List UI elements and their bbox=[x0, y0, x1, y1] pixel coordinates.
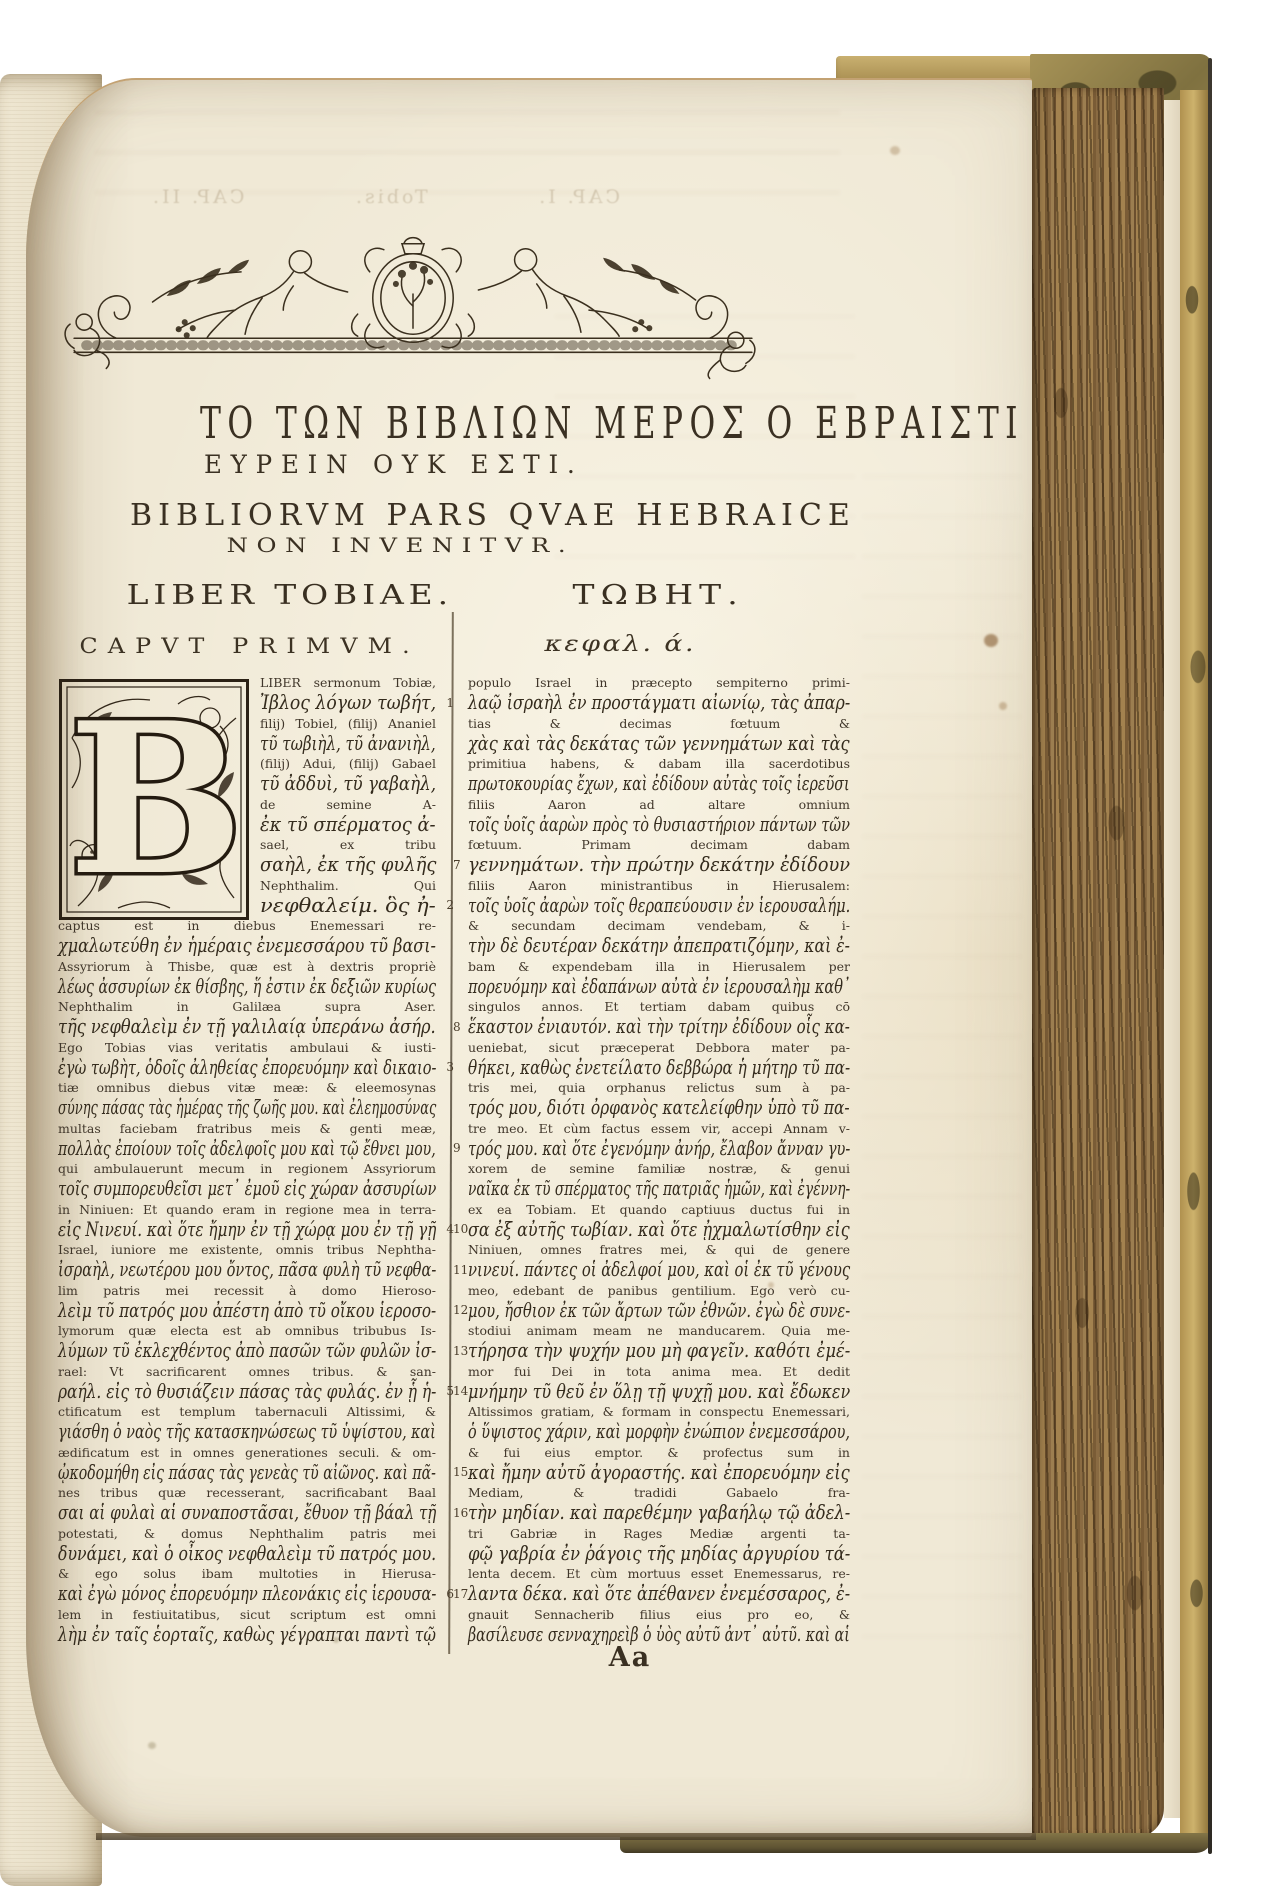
greek-text-line: ὁ ὕψιστος χάριν, καὶ μορφὴν ἐνώπιον ἐνεμ… bbox=[468, 1418, 850, 1446]
latin-gloss-line: tias & decimas fœtuum & bbox=[468, 717, 850, 730]
interlinear-line: filiis Aaron ministrantibus in Hierusale… bbox=[468, 879, 850, 920]
latin-gloss-line: gnauit Sennacherib filius eius pro eo, & bbox=[468, 1608, 850, 1621]
verse-number: 16 bbox=[453, 1506, 468, 1520]
interlinear-line: tris mei, quia orphanus relictus sum à p… bbox=[468, 1081, 850, 1122]
greek-text-line: λέως ἀσσυρίων ἐκ θίσβης, ἥ ἐστιν ἐκ δεξι… bbox=[58, 973, 436, 1001]
greek-text-line: φῷ γαβρία ἐν ῥάγοις τῆς μηδίας ἀργυρίου … bbox=[468, 1540, 850, 1568]
interlinear-line: 4in Niniuen: Et quando eram in regione m… bbox=[58, 1203, 436, 1244]
interlinear-line: filij) Tobiel, (filij) Ananielτῦ τωβιὴλ,… bbox=[260, 717, 436, 758]
drop-cap-initial-B: B bbox=[58, 678, 250, 921]
latin-gloss-line: (filij) Adui, (filij) Gabael bbox=[260, 757, 436, 770]
latin-gloss-line: multas faciebam fratribus meis & genti m… bbox=[58, 1122, 436, 1135]
greek-text-line: τρός μου. καὶ ὅτε ἐγενόμην ἀνήρ, ἔλαβον … bbox=[468, 1135, 850, 1163]
latin-gloss-line: Altissimos gratiam, & formam in conspect… bbox=[468, 1405, 850, 1418]
latin-gloss-line: de semine A- bbox=[260, 798, 436, 811]
latin-gloss-line: Mediam, & tradidi Gabaelo fra- bbox=[468, 1486, 850, 1499]
interlinear-line: 10ex ea Tobiam. Et quando captiuus ductu… bbox=[468, 1203, 850, 1244]
interlinear-line: 2Nephthalim. Quiνεφθαλείμ. ὃς ἠ- bbox=[260, 879, 436, 920]
interlinear-line: 16Mediam, & tradidi Gabaelo fra-τὴν μηδί… bbox=[468, 1486, 850, 1527]
verse-number: 3 bbox=[446, 1060, 454, 1074]
latin-gloss-line: singulos annos. Et tertiam dabam quibus … bbox=[468, 1000, 850, 1013]
interlinear-line: lim patris mei recessit à domo Hieroso-λ… bbox=[58, 1284, 436, 1325]
gilt-fore-edge bbox=[1032, 88, 1164, 1838]
latin-gloss-line: potestati, & domus Nephthalim patris mei bbox=[58, 1527, 436, 1540]
greek-text-line: ραήλ. εἰς τὸ θυσιάζειν πάσας τὰς φυλάς. … bbox=[58, 1378, 436, 1406]
greek-section-title-line2: ΕΥΡΕΙΝ ΟΥΚ ΕΣΤΙ. bbox=[200, 450, 580, 479]
greek-text-line: δυνάμει, καὶ ὁ οἶκος νεφθαλεὶμ τῦ πατρός… bbox=[58, 1540, 436, 1568]
verse-number: 11 bbox=[453, 1263, 468, 1277]
latin-gloss-line: sael, ex tribu bbox=[260, 838, 436, 851]
interlinear-line: Israel, iuniore me existente, omnis trib… bbox=[58, 1243, 436, 1284]
greek-text-line: ἐκ τῦ σπέρματος ἀ- bbox=[260, 811, 436, 839]
verse-number: 12 bbox=[453, 1303, 468, 1317]
greek-text-line: εἰς Νινευί. καὶ ὅτε ἤμην ἐν τῇ χώρᾳ μου … bbox=[58, 1216, 436, 1244]
greek-text-line: τρός μου, διότι ὀρφανὸς κατελείφθην ὑπὸ … bbox=[468, 1094, 850, 1122]
latin-gloss-line: lenta decem. Et cùm mortuus esset Enemes… bbox=[468, 1567, 850, 1580]
greek-text-line: τοῖς ὑοῖς ἀαρὼν τοῖς θεραπεύουσιν ἐν ἱερ… bbox=[468, 892, 850, 920]
greek-text-line: γεννημάτων. τὴν πρώτην δεκάτην ἐδίδουν bbox=[468, 851, 850, 879]
interlinear-line: 12meo, edebant de panibus gentilium. Ego… bbox=[468, 1284, 850, 1325]
interlinear-line: lymorum quæ electa est ab omnibus tribub… bbox=[58, 1324, 436, 1365]
latin-gloss-line: tri Gabriæ in Rages Mediæ argenti ta- bbox=[468, 1527, 850, 1540]
interlinear-line: 7fœtuum. Primam decimam dabamγεννημάτων.… bbox=[468, 838, 850, 879]
page-bottom-shadow bbox=[96, 1833, 1036, 1840]
latin-gloss-line: tiæ omnibus diebus vitæ meæ: & eleemosyn… bbox=[58, 1081, 436, 1094]
latin-gloss-line: Ego Tobias vias veritatis ambulaui & ius… bbox=[58, 1041, 436, 1054]
greek-text-line: μνήμην τῦ θεῦ ἐν ὅλῃ τῇ ψυχῇ μου. καὶ ἔδ… bbox=[468, 1378, 850, 1406]
interlinear-line: Nephthalim in Galilæa supra Aser.τῆς νεφ… bbox=[58, 1000, 436, 1041]
latin-gloss-line: filiis Aaron ad altare omnium bbox=[468, 798, 850, 811]
right-chapter-heading: κεφαλ. ά. bbox=[470, 632, 770, 657]
interlinear-line: sael, ex tribuσαὴλ, ἐκ τῆς φυλῆς bbox=[260, 838, 436, 879]
verse-number: 15 bbox=[453, 1465, 468, 1479]
greek-text-line: τήρησα τὴν ψυχήν μου μὴ φαγεῖν. καθότι ἐ… bbox=[468, 1337, 850, 1365]
greek-text-line: γιάσθη ὁ ναὸς τῆς κατασκηνώσεως τῦ ὑψίστ… bbox=[58, 1418, 436, 1446]
latin-gloss-line: ædificatum est in omnes generationes sec… bbox=[58, 1446, 436, 1459]
interlinear-line: bam & expendebam illa in Hierusalem perπ… bbox=[468, 960, 850, 1001]
greek-text-line: σα ἐξ αὐτῆς τωβίαν. καὶ ὅτε ᾐχμαλωτίσθην… bbox=[468, 1216, 850, 1244]
right-column-title: ΤΩΒΗΤ. bbox=[498, 580, 818, 611]
interlinear-line: filiis Aaron ad altare omniumτοῖς ὑοῖς ἀ… bbox=[468, 798, 850, 839]
text-column-left: B 1LIBER sermonum Tobiæ,Ἰβλος λόγων τωβή… bbox=[58, 676, 436, 1648]
interlinear-line: potestati, & domus Nephthalim patris mei… bbox=[58, 1527, 436, 1568]
greek-text-line: χμαλωτεύθη ἐν ἡμέραις ἐνεμεσσάρου τῦ βασ… bbox=[58, 932, 436, 960]
greek-text-line: θήκει, καθὼς ἐνετείλατο δεββώρα ἡ μήτηρ … bbox=[468, 1054, 850, 1082]
greek-text-line: τῦ τωβιὴλ, τῦ ἀνανιὴλ, bbox=[260, 730, 436, 758]
signature-mark: Aa bbox=[530, 1642, 730, 1673]
headpiece-woodcut bbox=[56, 208, 770, 384]
greek-text-line: ἐγὼ τωβὴτ, ὁδοῖς ἀληθείας ἐπορευόμην καὶ… bbox=[58, 1054, 436, 1082]
latin-gloss-line: mor fui Dei in tota anima mea. Et dedit bbox=[468, 1365, 850, 1378]
latin-gloss-line: & fui eius emptor. & profectus sum in bbox=[468, 1446, 850, 1459]
latin-gloss-line: lymorum quæ electa est ab omnibus tribub… bbox=[58, 1324, 436, 1337]
interlinear-line: ædificatum est in omnes generationes sec… bbox=[58, 1446, 436, 1487]
greek-text-line: σαι αἱ φυλαὶ αἱ συναποστᾶσαι, ἔθυον τῇ β… bbox=[58, 1499, 436, 1527]
interlinear-line: & secundam decimam vendebam, & i-τὴν δὲ … bbox=[468, 919, 850, 960]
latin-gloss-line: meo, edebant de panibus gentilium. Ego v… bbox=[468, 1284, 850, 1297]
showthrough-tobis: Tobis. bbox=[353, 186, 428, 208]
interlinear-line: tias & decimas fœtuum &χὰς καὶ τὰς δεκάτ… bbox=[468, 717, 850, 758]
interlinear-line: multas faciebam fratribus meis & genti m… bbox=[58, 1122, 436, 1163]
greek-text-line: λαντα δέκα. καὶ ὅτε ἀπέθανεν ἐνεμέσσαρος… bbox=[468, 1580, 850, 1608]
latin-gloss-line: ctificatum est templum tabernaculi Altis… bbox=[58, 1405, 436, 1418]
greek-text-line: ᾠκοδομήθη εἰς πάσας τὰς γενεὰς τῦ αἰῶνος… bbox=[58, 1459, 436, 1487]
interlinear-line: tri Gabriæ in Rages Mediæ argenti ta-φῷ … bbox=[468, 1527, 850, 1568]
greek-text-line: σύνης πάσας τὰς ἡμέρας τῆς ζωῆς μου. καὶ… bbox=[58, 1094, 436, 1122]
showthrough-running-header: CAP. I. Tobis. CAP. II. bbox=[150, 186, 620, 208]
interlinear-line: Assyriorum à Thisbe, quæ est à dextris p… bbox=[58, 960, 436, 1001]
verse-number: 10 bbox=[453, 1222, 468, 1236]
interlinear-line: ueniebat, sicut præceperat Debbora mater… bbox=[468, 1041, 850, 1082]
greek-text-line: ἰσραὴλ, νεωτέρου μου ὄντος, πᾶσα φυλὴ τῦ… bbox=[58, 1256, 436, 1284]
greek-text-line: τῆς νεφθαλεὶμ ἐν τῇ γαλιλαίᾳ ὑπεράνω ἀσή… bbox=[58, 1013, 436, 1041]
interlinear-line: nes tribus quæ recesserant, sacrificaban… bbox=[58, 1486, 436, 1527]
greek-text-line: νινευί. πάντες οἱ ἀδελφοί μου, καὶ οἱ ἐκ… bbox=[468, 1256, 850, 1284]
greek-text-line: τὴν μηδίαν. καὶ παρεθέμην γαβαήλῳ τῷ ἀδε… bbox=[468, 1499, 850, 1527]
interlinear-line: captus est in diebus Enemessari re-χμαλω… bbox=[58, 919, 436, 960]
interlinear-line: Altissimos gratiam, & formam in conspect… bbox=[468, 1405, 850, 1446]
latin-gloss-line: filij) Tobiel, (filij) Ananiel bbox=[260, 717, 436, 730]
latin-gloss-line: captus est in diebus Enemessari re- bbox=[58, 919, 436, 932]
text-column-right: populo Israel in præcepto sempiterno pri… bbox=[468, 676, 850, 1648]
greek-text-line: λαῷ ἰσραὴλ ἐν προστάγματι αἰωνίῳ, τὰς ἀπ… bbox=[468, 689, 850, 717]
greek-text-line: πολλὰς ἐποίουν τοῖς ἀδελφοῖς μου καὶ τῷ … bbox=[58, 1135, 436, 1163]
latin-gloss-line: populo Israel in præcepto sempiterno pri… bbox=[468, 676, 850, 689]
latin-gloss-line: nes tribus quæ recesserant, sacrificaban… bbox=[58, 1486, 436, 1499]
latin-gloss-line: lem in festiuitatibus, sicut scriptum es… bbox=[58, 1608, 436, 1621]
latin-gloss-line: & secundam decimam vendebam, & i- bbox=[468, 919, 850, 932]
greek-text-line: χὰς καὶ τὰς δεκάτας τῶν γεννημάτων καὶ τ… bbox=[468, 730, 850, 758]
latin-gloss-line: primitiua habens, & dabam illa sacerdoti… bbox=[468, 757, 850, 770]
verse-number: 1 bbox=[446, 696, 454, 710]
latin-gloss-line: LIBER sermonum Tobiæ, bbox=[260, 676, 436, 689]
latin-section-title-line1: BIBLIORVM PARS QVAE HEBRAICE bbox=[130, 498, 856, 533]
interlinear-line: populo Israel in præcepto sempiterno pri… bbox=[468, 676, 850, 717]
latin-gloss-line: rael: Vt sacrificarent omnes tribus. & s… bbox=[58, 1365, 436, 1378]
latin-gloss-line: xorem de semine familiæ nostræ, & genui bbox=[468, 1162, 850, 1175]
interlinear-line: tiæ omnibus diebus vitæ meæ: & eleemosyn… bbox=[58, 1081, 436, 1122]
left-column-title: LIBER TOBIAE. bbox=[120, 580, 460, 611]
interlinear-line: 15& fui eius emptor. & profectus sum inκ… bbox=[468, 1446, 850, 1487]
greek-text-line: σαὴλ, ἐκ τῆς φυλῆς bbox=[260, 851, 436, 879]
greek-text-line: καὶ ἐγὼ μόνος ἐπορευόμην πλεονάκις εἰς ἱ… bbox=[58, 1580, 436, 1608]
showthrough-cap-1: CAP. I. bbox=[536, 186, 620, 208]
interlinear-line: xorem de semine familiæ nostræ, & genuiν… bbox=[468, 1162, 850, 1203]
verse-number: 2 bbox=[446, 898, 454, 912]
latin-gloss-line: Nephthalim in Galilæa supra Aser. bbox=[58, 1000, 436, 1013]
interlinear-line: 8singulos annos. Et tertiam dabam quibus… bbox=[468, 1000, 850, 1041]
interlinear-line: 11Niniuen, omnes fratres mei, & qui de g… bbox=[468, 1243, 850, 1284]
latin-gloss-line: lim patris mei recessit à domo Hieroso- bbox=[58, 1284, 436, 1297]
interlinear-line: qui ambulauerunt mecum in regionem Assyr… bbox=[58, 1162, 436, 1203]
interlinear-line: 9tre meo. Et cùm factus essem vir, accep… bbox=[468, 1122, 850, 1163]
latin-gloss-line: Niniuen, omnes fratres mei, & qui de gen… bbox=[468, 1243, 850, 1256]
latin-gloss-line: Assyriorum à Thisbe, quæ est à dextris p… bbox=[58, 960, 436, 973]
photo-of-open-book: CAP. I. Tobis. CAP. II. bbox=[0, 0, 1271, 1890]
greek-text-line: μου, ἤσθιον ἐκ τῶν ἄρτων τῶν ἐθνῶν. ἐγὼ … bbox=[468, 1297, 850, 1325]
verse-number: 8 bbox=[453, 1020, 461, 1034]
latin-section-title-line2: NON INVENITVR. bbox=[212, 533, 588, 557]
verse-number: 13 bbox=[453, 1344, 468, 1358]
interlinear-line: lem in festiuitatibus, sicut scriptum es… bbox=[58, 1608, 436, 1649]
greek-text-line: τὴν δὲ δευτέραν δεκάτην ἀπεπρατιζόμην, κ… bbox=[468, 932, 850, 960]
interlinear-line: 6& ego solus ibam multoties in Hierusa-κ… bbox=[58, 1567, 436, 1608]
greek-text-line: τῦ ἀδδυὶ, τῦ γαβαὴλ, bbox=[260, 770, 436, 798]
interlinear-line: 3Ego Tobias vias veritatis ambulaui & iu… bbox=[58, 1041, 436, 1082]
greek-text-line: πορευόμην καὶ ἐδαπάνων αὐτὰ ἐν ἱερουσαλὴ… bbox=[468, 973, 850, 1001]
verse-number: 14 bbox=[453, 1384, 468, 1398]
verse-number: 17 bbox=[453, 1587, 468, 1601]
left-chapter-heading: CAPVT PRIMVM. bbox=[80, 634, 420, 658]
greek-text-line: Ἰβλος λόγων τωβήτ, bbox=[260, 689, 436, 717]
greek-text-line: καὶ ἤμην αὐτῦ ἀγοραστής. καὶ ἐπορευόμην … bbox=[468, 1459, 850, 1487]
interlinear-line: 13stodiui animam meam ne manducarem. Qui… bbox=[468, 1324, 850, 1365]
interlinear-line: 1LIBER sermonum Tobiæ,Ἰβλος λόγων τωβήτ, bbox=[260, 676, 436, 717]
latin-gloss-line: ex ea Tobiam. Et quando captiuus ductus … bbox=[468, 1203, 850, 1216]
greek-text-line: ναῖκα ἐκ τῦ σπέρματος τῆς πατριᾶς ἡμῶν, … bbox=[468, 1175, 850, 1203]
binding-right-edge bbox=[1180, 90, 1210, 1838]
greek-text-line: λὴμ ἐν ταῖς ἑορταῖς, καθὼς γέγραπται παν… bbox=[58, 1621, 436, 1649]
interlinear-line: ctificatum est templum tabernaculi Altis… bbox=[58, 1405, 436, 1446]
greek-text-line: λύμων τῦ ἐκλεχθέντος ἀπὸ πασῶν τῶν φυλῶν… bbox=[58, 1337, 436, 1365]
interlinear-line: de semine A-ἐκ τῦ σπέρματος ἀ- bbox=[260, 798, 436, 839]
interlinear-line: 5rael: Vt sacrificarent omnes tribus. & … bbox=[58, 1365, 436, 1406]
greek-text-line: νεφθαλείμ. ὃς ἠ- bbox=[260, 892, 436, 920]
interlinear-line: (filij) Adui, (filij) Gabaelτῦ ἀδδυὶ, τῦ… bbox=[260, 757, 436, 798]
latin-gloss-line: tre meo. Et cùm factus essem vir, accepi… bbox=[468, 1122, 850, 1135]
svg-text:B: B bbox=[68, 678, 244, 921]
latin-gloss-line: Israel, iuniore me existente, omnis trib… bbox=[58, 1243, 436, 1256]
latin-gloss-line: fœtuum. Primam decimam dabam bbox=[468, 838, 850, 851]
interlinear-line: 17lenta decem. Et cùm mortuus esset Enem… bbox=[468, 1567, 850, 1608]
latin-gloss-line: bam & expendebam illa in Hierusalem per bbox=[468, 960, 850, 973]
greek-text-line: ἕκαστον ἐνιαυτόν. καὶ τὴν τρίτην ἐδίδουν… bbox=[468, 1013, 850, 1041]
greek-section-title-line1: ΤΟ ΤΩΝ ΒΙΒΛΙΩΝ ΜΕΡΟΣ Ο ΕΒΡΑΙΣΤΙ bbox=[34, 398, 858, 449]
showthrough-cap-2: CAP. II. bbox=[150, 186, 244, 208]
greek-text-line: τοῖς συμπορευθεῖσι μετ᾽ ἐμοῦ εἰς χώραν ἀ… bbox=[58, 1175, 436, 1203]
greek-text-line: πρωτοκουρίας ἔχων, καὶ ἐδίδουν αὐτὰς τοῖ… bbox=[468, 770, 850, 798]
latin-gloss-line: stodiui animam meam ne manducarem. Quia … bbox=[468, 1324, 850, 1337]
latin-gloss-line: qui ambulauerunt mecum in regionem Assyr… bbox=[58, 1162, 436, 1175]
latin-gloss-line: tris mei, quia orphanus relictus sum à p… bbox=[468, 1081, 850, 1094]
latin-gloss-line: & ego solus ibam multoties in Hierusa- bbox=[58, 1567, 436, 1580]
latin-gloss-line: filiis Aaron ministrantibus in Hierusale… bbox=[468, 879, 850, 892]
latin-gloss-line: ueniebat, sicut præceperat Debbora mater… bbox=[468, 1041, 850, 1054]
interlinear-line: primitiua habens, & dabam illa sacerdoti… bbox=[468, 757, 850, 798]
latin-gloss-line: in Niniuen: Et quando eram in regione me… bbox=[58, 1203, 436, 1216]
latin-gloss-line: Nephthalim. Qui bbox=[260, 879, 436, 892]
spine-shadow-line bbox=[1208, 58, 1212, 1854]
verse-number: 9 bbox=[453, 1141, 461, 1155]
greek-text-line: τοῖς ὑοῖς ἀαρὼν πρὸς τὸ θυσιαστήριον πάν… bbox=[468, 811, 850, 839]
greek-text-line: λεὶμ τῦ πατρός μου ἀπέστη ἀπὸ τῦ οἴκου ἱ… bbox=[58, 1297, 436, 1325]
interlinear-line: 14mor fui Dei in tota anima mea. Et dedi… bbox=[468, 1365, 850, 1406]
verse-number: 7 bbox=[453, 858, 461, 872]
